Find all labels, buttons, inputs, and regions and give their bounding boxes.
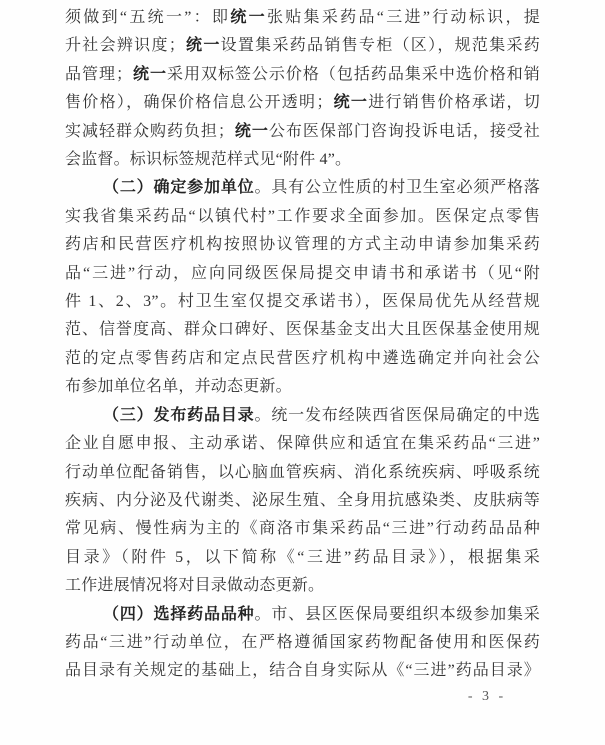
text-line: 会监督。标识标签规范样式见“附件 4”。 [65,146,540,174]
body-text: 件 1、2、3”。村卫生室仅提交承诺书），医保局优先从经营规 [65,293,540,310]
text-line: 须做到“五统一”：即统一张贴集采药品“三进”行动标识，提 [65,4,540,32]
body-text: 升社会辨识度； [65,37,185,54]
text-line: 疾病、内分泌及代谢类、泌尿生殖、全身用抗感染类、皮肤病等 [65,487,540,515]
body-text: 。统一发布经陕西省医保局确定的中选 [254,407,540,424]
body-text: 行动单位配备销售，以心脑血管疾病、消化系统疾病、呼吸系统 [65,464,540,481]
body-text: 品管理； [65,66,132,83]
paragraph: （二）确定参加单位。具有公立性质的村卫生室必须严格落实我省集采药品“以镇代村”工… [65,174,540,401]
body-text: 布参加单位名单，并动态更新。 [65,378,292,395]
text-line: 售价格），确保价格信息公开透明；统一进行销售价格承诺，切 [65,89,540,117]
emphasis-text: 统一 [333,94,369,111]
text-line: 布参加单位名单，并动态更新。 [65,373,540,401]
text-line: 品目录有关规定的基础上，结合自身实际从《“三进”药品目录》 [65,657,540,685]
text-line: 目录》（附件 5，以下简称《“三进”药品目录》），根据集采 [65,544,540,572]
body-text: 品目录有关规定的基础上，结合自身实际从《“三进”药品目录》 [65,662,540,679]
body-text: 药品“三进”行动单位，在严格遵循国家药物配备使用和医保药 [65,634,540,651]
text-line: 品“三进”行动，应向同级医保局提交申请书和承诺书（见“附 [65,260,540,288]
body-text: 实我省集采药品“以镇代村”工作要求全面参加。医保定点零售 [65,208,540,225]
emphasis-text: 统一 [230,9,267,26]
body-text: 范、信誉度高、群众口碑好、医保基金支出大且医保基金使用规 [65,321,540,338]
emphasis-text: 统一 [132,66,167,83]
body-text: 采用双标签公示价格（包括药品集采中选价格和销 [167,66,540,83]
emphasis-text: （四）选择药品品种 [103,606,254,623]
body-text: 公布医保部门咨询投诉电话，接受社 [269,123,540,140]
text-line: 升社会辨识度；统一设置集采药品销售专柜（区），规范集采药 [65,32,540,60]
text-line: 实减轻群众购药负担；统一公布医保部门咨询投诉电话，接受社 [65,118,540,146]
text-line: 药品“三进”行动单位，在严格遵循国家药物配备使用和医保药 [65,629,540,657]
document-body: 须做到“五统一”：即统一张贴集采药品“三进”行动标识，提升社会辨识度；统一设置集… [65,4,540,686]
body-text: 进行销售价格承诺，切 [368,94,540,111]
emphasis-text: （三）发布药品目录 [103,407,254,424]
body-text: 实减轻群众购药负担； [65,123,234,140]
body-text: 会监督。标识标签规范样式见“附件 4”。 [65,151,351,168]
text-line: 范的定点零售药店和定点民营医疗机构中遴选确定并向社会公 [65,345,540,373]
body-text: 品“三进”行动，应向同级医保局提交申请书和承诺书（见“附 [65,265,540,282]
text-line: 品管理；统一采用双标签公示价格（包括药品集采中选价格和销 [65,61,540,89]
page-number: - 3 - [437,689,537,705]
text-line: 工作进展情况将对目录做动态更新。 [65,572,540,600]
document-page: 须做到“五统一”：即统一张贴集采药品“三进”行动标识，提升社会辨识度；统一设置集… [0,0,605,745]
paragraph: （四）选择药品品种。市、县区医保局要组织本级参加集采药品“三进”行动单位，在严格… [65,601,540,686]
body-text: 常见病、慢性病为主的《商洛市集采药品“三进”行动药品品种 [65,520,540,537]
body-text: 疾病、内分泌及代谢类、泌尿生殖、全身用抗感染类、皮肤病等 [65,492,540,509]
text-line: （二）确定参加单位。具有公立性质的村卫生室必须严格落 [65,174,540,202]
text-line: 药店和民营医疗机构按照协议管理的方式主动申请参加集采药 [65,231,540,259]
body-text: 须做到“五统一”：即 [65,9,230,26]
body-text: 。市、县区医保局要组织本级参加集采 [254,606,540,623]
body-text: 药店和民营医疗机构按照协议管理的方式主动申请参加集采药 [65,236,540,253]
text-line: 件 1、2、3”。村卫生室仅提交承诺书），医保局优先从经营规 [65,288,540,316]
body-text: 。具有公立性质的村卫生室必须严格落 [254,179,540,196]
text-line: 范、信誉度高、群众口碑好、医保基金支出大且医保基金使用规 [65,316,540,344]
body-text: 目录》（附件 5，以下简称《“三进”药品目录》），根据集采 [65,549,540,566]
emphasis-text: 统一 [185,37,221,54]
paragraph: （三）发布药品目录。统一发布经陕西省医保局确定的中选企业自愿申报、主动承诺、保障… [65,402,540,601]
text-line: 实我省集采药品“以镇代村”工作要求全面参加。医保定点零售 [65,203,540,231]
emphasis-text: （二）确定参加单位 [103,179,254,196]
text-line: 行动单位配备销售，以心脑血管疾病、消化系统疾病、呼吸系统 [65,459,540,487]
text-line: 企业自愿申报、主动承诺、保障供应和适宜在集采药品“三进” [65,430,540,458]
paragraph: 须做到“五统一”：即统一张贴集采药品“三进”行动标识，提升社会辨识度；统一设置集… [65,4,540,174]
text-line: （四）选择药品品种。市、县区医保局要组织本级参加集采 [65,601,540,629]
emphasis-text: 统一 [234,123,269,140]
body-text: 范的定点零售药店和定点民营医疗机构中遴选确定并向社会公 [65,350,540,367]
text-line: （三）发布药品目录。统一发布经陕西省医保局确定的中选 [65,402,540,430]
body-text: 工作进展情况将对目录做动态更新。 [65,577,324,594]
body-text: 企业自愿申报、主动承诺、保障供应和适宜在集采药品“三进” [65,435,540,452]
body-text: 售价格），确保价格信息公开透明； [65,94,333,111]
body-text: 张贴集采药品“三进”行动标识，提 [267,9,540,26]
body-text: 设置集采药品销售专柜（区），规范集采药 [221,37,540,54]
text-line: 常见病、慢性病为主的《商洛市集采药品“三进”行动药品品种 [65,515,540,543]
